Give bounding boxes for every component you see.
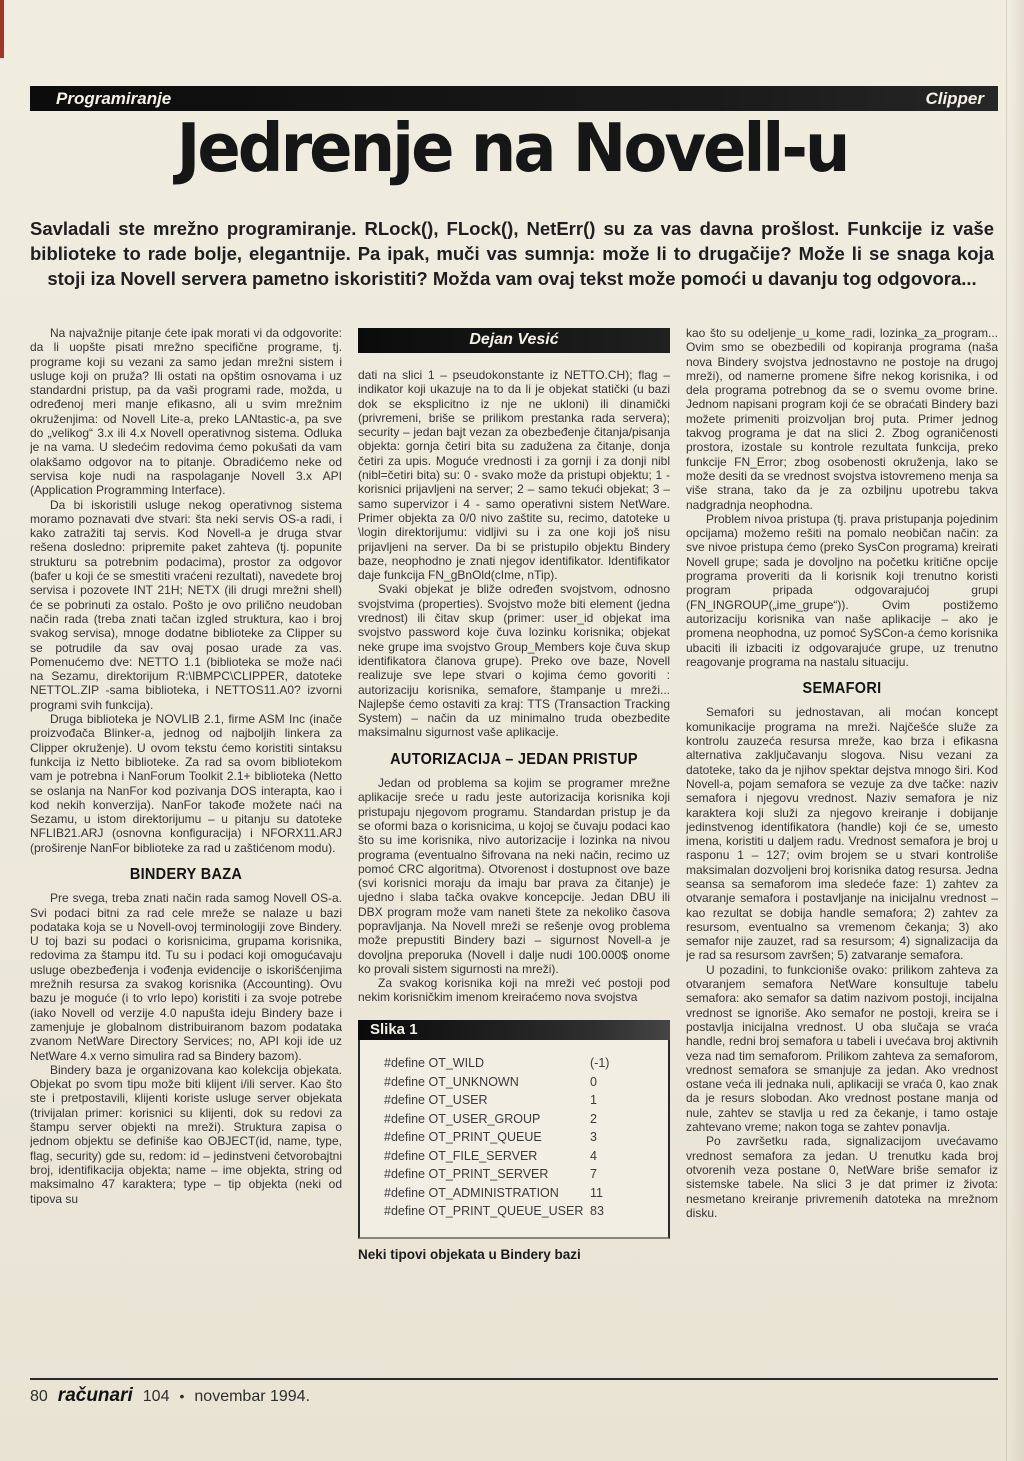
paragraph: Pre svega, treba znati način rada samog … [30,891,342,1063]
code-line: #define OT_PRINT_SERVER 7 [384,1165,662,1184]
code-line: #define OT_UNKNOWN 0 [384,1073,662,1092]
paragraph: Semafori su jednostavan, ali moćan konce… [686,705,998,962]
figure-code-listing: #define OT_WILD (-1) #define OT_UNKNOWN … [358,1040,670,1239]
code-line: #define OT_PRINT_QUEUE 3 [384,1128,662,1147]
scan-red-edge-mark [0,0,4,58]
section-label: Programiranje [30,86,171,111]
page-number: 80 [30,1388,48,1406]
paragraph: Druga biblioteka je NOVLIB 2.1, firme AS… [30,712,342,855]
code-line: #define OT_PRINT_QUEUE_USER 83 [384,1202,662,1221]
scan-page-edge [1010,0,1024,1461]
paragraph: Jedan od problema sa kojim se programer … [358,776,670,976]
section-heading-semafori: SEMAFORI [686,682,998,697]
section-heading-autorizacija: AUTORIZACIJA – JEDAN PRISTUP [358,752,670,767]
code-line: #define OT_USER 1 [384,1091,662,1110]
column-3: kao što su odeljenje_u_kome_radi, lozink… [686,326,998,1375]
paragraph: Problem nivoa pristupa (tj. prava pristu… [686,512,998,669]
column-2: Dejan Vesić dati na slici 1 – pseudokons… [358,326,670,1375]
paragraph: Da bi iskoristili usluge nekog operativn… [30,498,342,712]
figure-slika-1: Slika 1 #define OT_WILD (-1) #define OT_… [358,1020,670,1262]
article-title: Jedrenje na Novell-u [0,111,1024,188]
article-body: Na najvažnije pitanje ćete ipak morati v… [30,326,998,1375]
section-heading-bindery: BINDERY BAZA [30,868,342,883]
magazine-name: računari [58,1385,133,1407]
paragraph: Na najvažnije pitanje ćete ipak morati v… [30,326,342,498]
paragraph: kao što su odeljenje_u_kome_radi, lozink… [686,326,998,512]
figure-label: Slika 1 [358,1020,670,1040]
paragraph: Za svakog korisnika koji na mreži već po… [358,976,670,1005]
section-header-bar: Programiranje Clipper [30,86,998,111]
issue-number: 104 [143,1388,170,1406]
author-bar: Dejan Vesić [358,328,670,353]
scan-fold-line [1006,0,1007,1461]
author-name: Dejan Vesić [469,333,558,347]
code-line: #define OT_ADMINISTRATION 11 [384,1184,662,1203]
footer-bullet: • [179,1388,184,1404]
page-footer: 80 računari 104 • novembar 1994. [30,1378,998,1407]
paragraph: U pozadini, to funkcioniše ovako: prilik… [686,963,998,1135]
issue-date: novembar 1994. [194,1388,310,1406]
column-1: Na najvažnije pitanje ćete ipak morati v… [30,326,342,1375]
topic-label: Clipper [925,86,998,111]
code-line: #define OT_FILE_SERVER 4 [384,1147,662,1166]
paragraph: Po završetku rada, signalizacijom uvećav… [686,1134,998,1220]
code-line: #define OT_WILD (-1) [384,1054,662,1073]
paragraph: dati na slici 1 – pseudokonstante iz NET… [358,368,670,582]
article-lead: Savladali ste mrežno programiranje. RLoc… [30,216,994,291]
figure-caption: Neki tipovi objekata u Bindery bazi [358,1248,670,1262]
code-line: #define OT_USER_GROUP 2 [384,1110,662,1129]
paragraph: Bindery baza je organizovana kao kolekci… [30,1063,342,1206]
magazine-page: { "page": { "header": { "left": "Program… [0,0,1024,1461]
paragraph: Svaki objekat je bliže određen svojstvom… [358,582,670,739]
